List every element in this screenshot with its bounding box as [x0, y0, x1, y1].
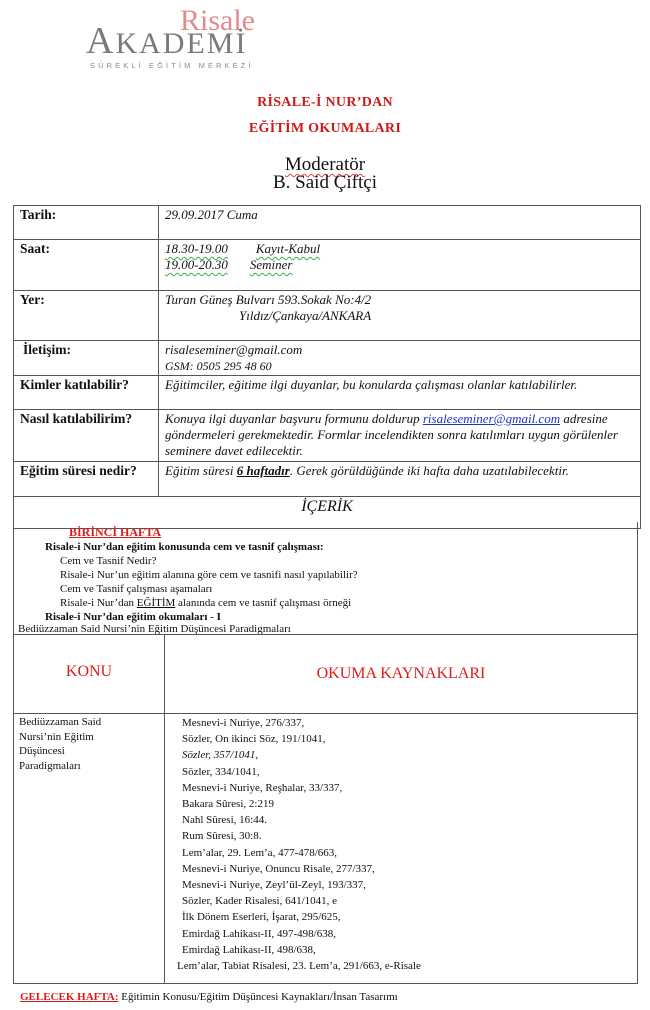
logo-tagline: SÜREKLİ EĞİTİM MERKEZİ — [90, 61, 254, 70]
row-time: Saat: 18.30-19.00Kayıt-Kabul 19.00-20.30… — [14, 240, 641, 291]
row-who: Kimler katılabilir? Eğitimciler, eğitime… — [14, 376, 641, 410]
time-slot-desc: Seminer — [250, 257, 293, 272]
source-item: Emirdağ Lahikası-II, 498/638, — [182, 942, 421, 958]
topic-line: Bediüzzaman Said — [19, 715, 101, 730]
duration-label: Eğitim süresi nedir? — [14, 462, 159, 497]
topic-line: Nursi’nin Eğitim — [19, 730, 101, 745]
row-how: Nasıl katılabilirim? Konuya ilgi duyanla… — [14, 410, 641, 462]
sources-list: Mesnevi-i Nuriye, 276/337, Sözler, On ik… — [182, 715, 421, 974]
source-item: İlk Dönem Eserleri, İşarat, 295/625, — [182, 909, 421, 925]
logo-akademi-initial: A — [86, 20, 115, 62]
place-value: Turan Güneş Bulvarı 593.Sokak No:4/2 Yıl… — [159, 291, 641, 341]
how-text-before: Konuya ilgi duyanlar başvuru formunu dol… — [165, 411, 423, 426]
time-slot: 18.30-19.00Kayıt-Kabul — [165, 241, 634, 257]
place-line1: Turan Güneş Bulvarı 593.Sokak No:4/2 — [165, 292, 634, 308]
document-title-line1: RİSALE-İ NUR’DAN — [0, 95, 650, 111]
row-duration: Eğitim süresi nedir? Eğitim süresi 6 haf… — [14, 462, 641, 497]
week1-section: BİRİNCİ HAFTA Risale-i Nur’dan eğitim ko… — [13, 522, 638, 635]
row-place: Yer: Turan Güneş Bulvarı 593.Sokak No:4/… — [14, 291, 641, 341]
week1-section1: Risale-i Nur’dan eğitim konusunda cem ve… — [45, 540, 324, 555]
source-item: Mesnevi-i Nuriye, Reşhalar, 33/337, — [182, 780, 421, 796]
next-week-note: GELECEK HAFTA: Eğitimin Konusu/Eğitim Dü… — [20, 991, 398, 1003]
week1-item4-after: alanında cem ve tasnif çalışması örneği — [175, 597, 351, 609]
week1-item4-before: Risale-i Nur’dan — [60, 597, 137, 609]
contact-label: İletişim: — [14, 341, 159, 376]
contact-email[interactable]: risaleseminer@gmail.com — [165, 342, 634, 358]
source-item: Emirdağ Lahikası-II, 497-498/638, — [182, 926, 421, 942]
row-date: Tarih: 29.09.2017 Cuma — [14, 206, 641, 240]
place-line2: Yıldız/Çankaya/ANKARA — [165, 308, 634, 324]
header-divider — [14, 713, 637, 714]
source-item: Sözler, On ikinci Söz, 191/1041, — [182, 731, 421, 747]
time-label: Saat: — [14, 240, 159, 291]
topic-line: Düşüncesi — [19, 744, 101, 759]
source-item: Lem’alar, Tabiat Risalesi, 23. Lem’a, 29… — [177, 958, 421, 974]
source-item: Mesnevi-i Nuriye, Zeyl’ül-Zeyl, 193/337, — [182, 877, 421, 893]
sources-table: KONU OKUMA KAYNAKLARI Bediüzzaman Said N… — [13, 634, 638, 984]
logo-akademi-rest: KADEMİ — [115, 27, 247, 60]
place-label: Yer: — [14, 291, 159, 341]
duration-emphasis: 6 haftadır — [237, 463, 290, 478]
next-week-text: Eğitimin Konusu/Eğitim Düşüncesi Kaynakl… — [119, 991, 398, 1003]
how-label: Nasıl katılabilirim? — [14, 410, 159, 462]
column-divider — [164, 635, 165, 983]
week1-item: Risale-i Nur’dan EĞİTİM alanında cem ve … — [60, 596, 351, 611]
time-value: 18.30-19.00Kayıt-Kabul 19.00-20.30Semine… — [159, 240, 641, 291]
contact-phone: GSM: 0505 295 48 60 — [165, 358, 634, 374]
duration-after: . Gerek görüldüğünde iki hafta daha uzat… — [290, 463, 569, 478]
column-header-topic: KONU — [14, 663, 164, 681]
how-value: Konuya ilgi duyanlar başvuru formunu dol… — [159, 410, 641, 462]
topic-cell: Bediüzzaman Said Nursi’nin Eğitim Düşünc… — [19, 715, 101, 773]
application-email-link[interactable]: risaleseminer@gmail.com — [423, 411, 560, 426]
duration-value: Eğitim süresi 6 haftadır. Gerek görüldüğ… — [159, 462, 641, 497]
source-item: Sözler, Kader Risalesi, 641/1041, e — [182, 893, 421, 909]
contact-value: risaleseminer@gmail.com GSM: 0505 295 48… — [159, 341, 641, 376]
seminar-info-table: Tarih: 29.09.2017 Cuma Saat: 18.30-19.00… — [13, 205, 641, 529]
source-item: Mesnevi-i Nuriye, 276/337, — [182, 715, 421, 731]
row-contact: İletişim: risaleseminer@gmail.com GSM: 0… — [14, 341, 641, 376]
source-item: Rum Sûresi, 30:8. — [182, 828, 421, 844]
topic-line: Paradigmaları — [19, 759, 101, 774]
column-header-sources: OKUMA KAYNAKLARI — [165, 665, 637, 683]
week1-item: Cem ve Tasnif Nedir? — [60, 554, 156, 569]
logo-akademi: AKADEMİ — [86, 26, 247, 59]
week1-item: Risale-i Nur’un eğitim alanına göre cem … — [60, 568, 358, 583]
who-label: Kimler katılabilir? — [14, 376, 159, 410]
source-item: Bakara Sûresi, 2:219 — [182, 796, 421, 812]
source-item: Sözler, 334/1041, — [182, 764, 421, 780]
who-value: Eğitimciler, eğitime ilgi duyanlar, bu k… — [159, 376, 641, 410]
date-label: Tarih: — [14, 206, 159, 240]
week1-item: Cem ve Tasnif çalışması aşamaları — [60, 582, 212, 597]
source-item: Lem’alar, 29. Lem’a, 477-478/663, — [182, 845, 421, 861]
date-value: 29.09.2017 Cuma — [159, 206, 641, 240]
time-slot: 19.00-20.30Seminer — [165, 257, 634, 273]
source-item: Sözler, 357/1041, — [182, 747, 421, 763]
week1-title: BİRİNCİ HAFTA — [69, 525, 161, 540]
next-week-label: GELECEK HAFTA: — [20, 991, 119, 1003]
moderator-name: B. Said Çiftçi — [0, 173, 650, 193]
time-slot-desc: Kayıt-Kabul — [256, 241, 320, 256]
time-slot-time: 19.00-20.30 — [165, 257, 228, 272]
source-item: Mesnevi-i Nuriye, Onuncu Risale, 277/337… — [182, 861, 421, 877]
source-item: Nahl Sûresi, 16:44. — [182, 812, 421, 828]
duration-before: Eğitim süresi — [165, 463, 237, 478]
document-title-line2: EĞİTİM OKUMALARI — [0, 121, 650, 137]
time-slot-time: 18.30-19.00 — [165, 241, 228, 256]
week1-item4-emphasis: EĞİTİM — [137, 597, 176, 609]
